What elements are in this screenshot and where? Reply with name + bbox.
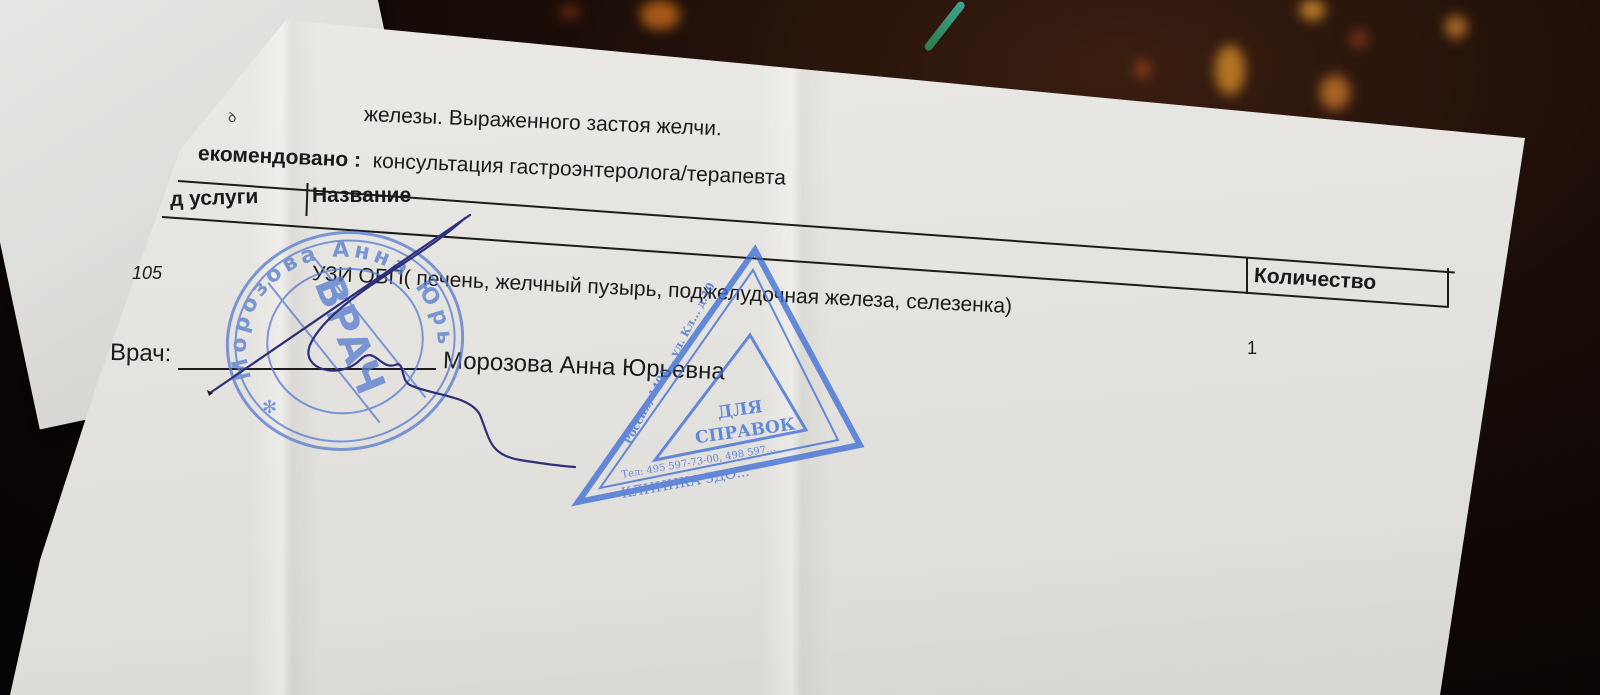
handwritten-signature bbox=[0, 0, 1600, 695]
document-content: ꝺ железы. Выраженного застоя желчи. еком… bbox=[0, 0, 1600, 695]
